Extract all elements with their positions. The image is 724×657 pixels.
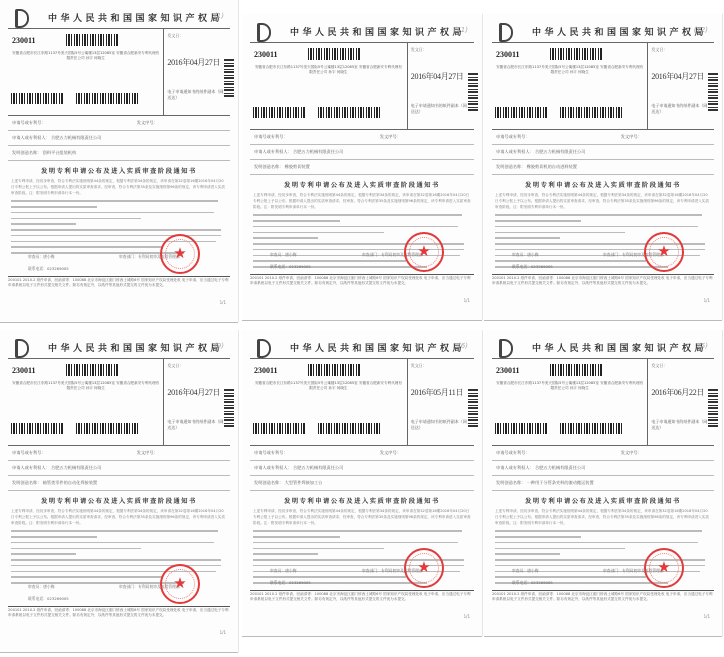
star-icon: ★ (173, 246, 186, 261)
applicant-label: 申请人或专利权人： (496, 149, 534, 154)
invention-name: 刮料平台组装机构 (43, 150, 77, 155)
office-name: 中华人民共和国国家知识产权局 (48, 341, 223, 354)
invention-label: 发明创造名称： (496, 480, 525, 485)
postcode: 230011 (12, 366, 36, 375)
recipient-address: 安徽省合肥市长江东路1137号美天国际5号公寓楼13层12085室 安徽省合肥新… (254, 381, 403, 392)
phone: 联系电话：023269005 (270, 264, 311, 270)
dispatch-date-label: 发文日： (651, 47, 667, 53)
side-barcode-icon (224, 389, 234, 427)
invention-name: 橡胶剪切装置 (285, 164, 310, 169)
applicant-label: 申请人或专利权人： (12, 465, 50, 470)
invention-row: 发明创造名称： 刮料平台组装机构 (8, 146, 230, 161)
barcode-icon (318, 423, 380, 434)
notice-title: 发明专利申请公布及进入实质审查阶段通知书 (8, 166, 230, 175)
document-header: 中华人民共和国国家知识产权局 (12) (492, 22, 714, 42)
phone: 联系电话：023269005 (28, 266, 69, 272)
cnipa-logo-icon (252, 338, 270, 356)
dispatch-no-label: 发文序号： (621, 446, 642, 460)
patent-notice-document: 中华人民共和国国家知识产权局 (1) 230011 安徽省合肥市长江东路1137… (0, 0, 238, 322)
side-barcode-icon (708, 389, 718, 427)
invention-row: 发明创造名称： 轴管类零件的自动化焊接装置 (8, 476, 230, 491)
app-no-label: 申请号或专利号： (496, 450, 530, 455)
address-block: 230011 安徽省合肥市长江东路1137号美天国际5号公寓楼13层12085室… (250, 358, 474, 446)
star-icon: ★ (417, 244, 430, 259)
applicant-name: 合肥五力机械有限责任公司 (535, 149, 585, 154)
applicant-label: 申请人或专利权人： (496, 465, 534, 470)
applicant-name: 合肥五力机械有限责任公司 (535, 465, 585, 470)
side-barcode-icon (224, 59, 234, 97)
applicant-name: 合肥五力机械有限责任公司 (51, 465, 101, 470)
barcode-icon (560, 107, 622, 118)
notice-title: 发明专利申请公布及进入实质审查阶段通知书 (492, 180, 714, 189)
phone: 联系电话：023269005 (28, 596, 69, 602)
app-no-label: 申请号或专利号： (496, 134, 530, 139)
document-footer: 200101 2010.2 纸件申请，回函请寄：100088 北京市海淀区蓟门桥… (8, 276, 230, 288)
address-block: 230011 安徽省合肥市长江东路1137号美天国际5号公寓楼13层12085室… (250, 42, 474, 130)
dispatch-no-label: 发文序号： (621, 130, 642, 144)
barcode-icon (495, 107, 547, 118)
examiner: 审查员：唐小梅 (270, 252, 297, 258)
document-footer: 200101 2010.2 纸件申请，回函请寄：100088 北京市海淀区蓟门桥… (492, 274, 714, 286)
handwritten-note: (5) (698, 342, 708, 350)
page-number: 1/1 (220, 630, 226, 635)
cnipa-logo-icon (494, 22, 512, 40)
applicant-label: 申请人或专利权人： (12, 135, 50, 140)
notice-body: 上述专利申请，经初步审查，符合专利法实施细则第44条的规定，根据专利法第34条的… (492, 192, 714, 210)
dispatch-no-label: 发文序号： (137, 116, 158, 130)
cnipa-logo-icon (494, 338, 512, 356)
document-footer: 200101 2010.2 纸件申请，回函请寄：100088 北京市海淀区蓟门桥… (250, 590, 474, 602)
invention-name: 一种用于分管条夹料的滚动搬运装置 (527, 480, 594, 485)
star-icon: ★ (657, 560, 670, 575)
applicant-label: 申请人或专利权人： (254, 149, 292, 154)
cnipa-logo-icon (10, 338, 28, 356)
official-seal: ★ (404, 232, 444, 272)
official-seal: ★ (644, 232, 684, 272)
barcode-icon (560, 423, 622, 434)
applicant-row: 申请人或专利权人： 合肥五力机械有限责任公司 (8, 131, 230, 146)
app-no-label: 申请号或专利号： (254, 450, 288, 455)
office-name: 中华人民共和国国家知识产权局 (48, 11, 223, 24)
invention-row: 发明创造名称： 大型管件焊接加工台 (250, 476, 474, 491)
postcode: 230011 (12, 36, 36, 45)
invention-row: 发明创造名称： 一种用于分管条夹料的滚动搬运装置 (492, 476, 714, 491)
notice-body: 上述专利申请，经初步审查，符合专利法实施细则第44条的规定，根据专利法第34条的… (8, 178, 230, 196)
dispatch-date: 2016年05月11日 (411, 387, 463, 398)
office-name: 中华人民共和国国家知识产权局 (290, 25, 465, 38)
examiner: 审查员：唐小梅 (28, 254, 55, 260)
dispatch-date-label: 发文日： (167, 363, 183, 369)
invention-row: 发明创造名称： 橡胶剪切机的自动进料装置 (492, 160, 714, 175)
dispatch-no-label: 发文序号： (137, 446, 158, 460)
application-number-row: 申请号或专利号： 发文序号： (250, 446, 474, 461)
application-number-row: 申请号或专利号： 发文序号： (8, 446, 230, 461)
cnipa-logo-icon (10, 8, 28, 26)
handwritten-note: (11) (454, 26, 468, 34)
document-footer: 200101 2010.2 纸件申请，回函请寄：100088 北京市海淀区蓟门桥… (250, 274, 474, 286)
recipient-address: 安徽省合肥市长江东路1137号美天国际5号公寓楼13层12085室 安徽省合肥新… (12, 51, 159, 62)
application-number-row: 申请号或专利号： 发文序号： (492, 446, 714, 461)
application-number-row: 申请号或专利号： 发文序号： (8, 116, 230, 131)
address-block: 230011 安徽省合肥市长江东路1137号美天国际5号公寓楼13层12085室… (492, 42, 714, 130)
side-barcode-icon (708, 73, 718, 111)
phone: 联系电话：023269005 (270, 580, 311, 586)
efile-note: 电子申请通知书的纸件副本（网上送达） (411, 103, 474, 115)
invention-label: 发明创造名称： (254, 164, 283, 169)
page-number: 1/1 (704, 298, 710, 303)
application-number-row: 申请号或专利号： 发文序号： (492, 130, 714, 145)
star-icon: ★ (657, 244, 670, 259)
document-footer: 200101 2010.2 纸件申请，回函请寄：100088 北京市海淀区蓟门桥… (492, 590, 714, 602)
applicant-label: 申请人或专利权人： (254, 465, 292, 470)
notice-body: 上述专利申请，经初步审查，符合专利法实施细则第44条的规定，根据专利法第34条的… (250, 192, 474, 210)
office-name: 中华人民共和国国家知识产权局 (532, 341, 707, 354)
barcode-icon (11, 93, 63, 104)
applicant-row: 申请人或专利权人： 合肥五力机械有限责任公司 (250, 461, 474, 476)
invention-label: 发明创造名称： (496, 164, 525, 169)
patent-notice-document: 中华人民共和国国家知识产权局 (12) 230011 安徽省合肥市长江东路113… (484, 14, 722, 320)
document-header: 中华人民共和国国家知识产权局 (5) (492, 338, 714, 358)
applicant-name: 合肥五力机械有限责任公司 (51, 135, 101, 140)
examiner: 审查员：唐小梅 (28, 584, 55, 590)
efile-note: 电子申请通知书的纸件副本（网上送达） (651, 419, 714, 431)
star-icon: ★ (173, 576, 186, 591)
invention-label: 发明创造名称： (12, 480, 41, 485)
barcode-icon (66, 34, 118, 46)
dispatch-date-label: 发文日： (411, 47, 427, 53)
official-seal: ★ (644, 548, 684, 588)
efile-note: 电子申请通知书的纸件副本（网上送达） (167, 89, 230, 101)
barcode-icon (76, 93, 138, 104)
invention-name: 轴管类零件的自动化焊接装置 (43, 480, 97, 485)
barcode-icon (495, 423, 547, 434)
cnipa-logo-icon (252, 22, 270, 40)
postcode: 230011 (254, 366, 278, 375)
recipient-address: 安徽省合肥市长江东路1137号美天国际5号公寓楼13层12085室 安徽省合肥新… (254, 65, 403, 76)
page-number: 1/1 (220, 300, 226, 305)
dispatch-date-label: 发文日： (167, 33, 183, 39)
recipient-address: 安徽省合肥市长江东路1137号美天国际5号公寓楼13层12085室 安徽省合肥新… (496, 65, 643, 76)
phone: 联系电话：023269005 (512, 264, 553, 270)
invention-label: 发明创造名称： (12, 150, 41, 155)
notice-title: 发明专利申请公布及进入实质审查阶段通知书 (8, 496, 230, 505)
recipient-address: 安徽省合肥市长江东路1137号美天国际5号公寓楼13层12085室 安徽省合肥新… (12, 381, 159, 392)
invention-row: 发明创造名称： 橡胶剪切装置 (250, 160, 474, 175)
postcode: 230011 (496, 366, 520, 375)
dispatch-date-label: 发文日： (411, 363, 427, 369)
postcode: 230011 (496, 50, 520, 59)
notice-title: 发明专利申请公布及进入实质审查阶段通知书 (492, 496, 714, 505)
barcode-icon (253, 107, 305, 118)
efile-note: 电子申请通知书的纸件副本（网上送达） (651, 103, 714, 115)
applicant-name: 合肥五力机械有限责任公司 (293, 149, 343, 154)
star-icon: ★ (417, 560, 430, 575)
office-name: 中华人民共和国国家知识产权局 (532, 25, 707, 38)
document-header: 中华人民共和国国家知识产权局 (6) (250, 338, 474, 358)
office-name: 中华人民共和国国家知识产权局 (290, 341, 465, 354)
efile-note: 电子申请通知书的纸件副本（网上送达） (167, 419, 230, 431)
barcode-icon (76, 423, 138, 434)
address-block: 230011 安徽省合肥市长江东路1137号美天国际5号公寓楼13层12085室… (8, 358, 230, 446)
barcode-icon (308, 364, 360, 376)
handwritten-note: (12) (694, 26, 708, 34)
document-footer: 200101 2010.2 纸件申请，回函请寄：100088 北京市海淀区蓟门桥… (8, 606, 230, 618)
official-seal: ★ (404, 548, 444, 588)
page-number: 1/1 (464, 614, 470, 619)
patent-notice-document: 中华人民共和国国家知识产权局 (5) 230011 安徽省合肥市长江东路1137… (484, 330, 722, 636)
barcode-icon (550, 364, 602, 376)
barcode-icon (308, 48, 360, 60)
dispatch-date: 2016年04月27日 (167, 387, 220, 398)
address-block: 230011 安徽省合肥市长江东路1137号美天国际5号公寓楼13层12085室… (492, 358, 714, 446)
application-number-row: 申请号或专利号： 发文序号： (250, 130, 474, 145)
patent-notice-document: 中华人民共和国国家知识产权局 (6) 230011 安徽省合肥市长江东路1137… (242, 330, 482, 636)
dispatch-date-label: 发文日： (651, 363, 667, 369)
dispatch-date: 2016年04月27日 (651, 71, 704, 82)
handwritten-note: (9) (214, 342, 224, 350)
barcode-icon (318, 107, 380, 118)
invention-name: 橡胶剪切机的自动进料装置 (527, 164, 577, 169)
dispatch-no-label: 发文序号： (380, 130, 401, 144)
official-seal: ★ (160, 234, 200, 274)
applicant-name: 合肥五力机械有限责任公司 (293, 465, 343, 470)
invention-label: 发明创造名称： (254, 480, 283, 485)
dispatch-no-label: 发文序号： (380, 446, 401, 460)
examiner: 审查员：唐小梅 (512, 252, 539, 258)
official-seal: ★ (160, 564, 200, 604)
barcode-icon (550, 48, 602, 60)
app-no-label: 申请号或专利号： (254, 134, 288, 139)
dispatch-date: 2016年04月27日 (411, 71, 464, 82)
patent-notice-document: 中华人民共和国国家知识产权局 (9) 230011 安徽省合肥市长江东路1137… (0, 330, 238, 652)
barcode-icon (66, 364, 118, 376)
applicant-row: 申请人或专利权人： 合肥五力机械有限责任公司 (250, 145, 474, 160)
notice-body: 上述专利申请，经初步审查，符合专利法实施细则第44条的规定，根据专利法第34条的… (492, 508, 714, 526)
examiner: 审查员：唐小梅 (270, 568, 297, 574)
applicant-row: 申请人或专利权人： 合肥五力机械有限责任公司 (492, 145, 714, 160)
dispatch-date: 2016年06月22日 (651, 387, 704, 398)
document-header: 中华人民共和国国家知识产权局 (11) (250, 22, 474, 42)
barcode-icon (11, 423, 63, 434)
postcode: 230011 (254, 50, 278, 59)
dispatch-date: 2016年04月27日 (167, 57, 220, 68)
notice-title: 发明专利申请公布及进入实质审查阶段通知书 (250, 180, 474, 189)
examiner: 审查员：唐小梅 (512, 568, 539, 574)
recipient-address: 安徽省合肥市长江东路1137号美天国际5号公寓楼13层12085室 安徽省合肥新… (496, 381, 643, 392)
handwritten-note: (1) (214, 12, 224, 20)
invention-name: 大型管件焊接加工台 (285, 480, 323, 485)
phone: 联系电话：023269005 (512, 580, 553, 586)
page-number: 1/1 (704, 614, 710, 619)
document-header: 中华人民共和国国家知识产权局 (1) (8, 8, 230, 28)
patent-notice-document: 中华人民共和国国家知识产权局 (11) 230011 安徽省合肥市长江东路113… (242, 14, 482, 320)
side-barcode-icon (468, 73, 478, 111)
document-header: 中华人民共和国国家知识产权局 (9) (8, 338, 230, 358)
page-number: 1/1 (464, 298, 470, 303)
notice-title: 发明专利申请公布及进入实质审查阶段通知书 (250, 496, 474, 505)
applicant-row: 申请人或专利权人： 合肥五力机械有限责任公司 (492, 461, 714, 476)
applicant-row: 申请人或专利权人： 合肥五力机械有限责任公司 (8, 461, 230, 476)
notice-body: 上述专利申请，经初步审查，符合专利法实施细则第44条的规定，根据专利法第34条的… (250, 508, 474, 526)
app-no-label: 申请号或专利号： (12, 450, 46, 455)
handwritten-note: (6) (458, 342, 468, 350)
side-barcode-icon (468, 389, 478, 427)
barcode-icon (253, 423, 305, 434)
app-no-label: 申请号或专利号： (12, 120, 46, 125)
address-block: 230011 安徽省合肥市长江东路1137号美天国际5号公寓楼13层12085室… (8, 28, 230, 116)
notice-body: 上述专利申请，经初步审查，符合专利法实施细则第44条的规定，根据专利法第34条的… (8, 508, 230, 526)
efile-note: 电子申请通知书的纸件副本（网上送达） (411, 419, 474, 431)
